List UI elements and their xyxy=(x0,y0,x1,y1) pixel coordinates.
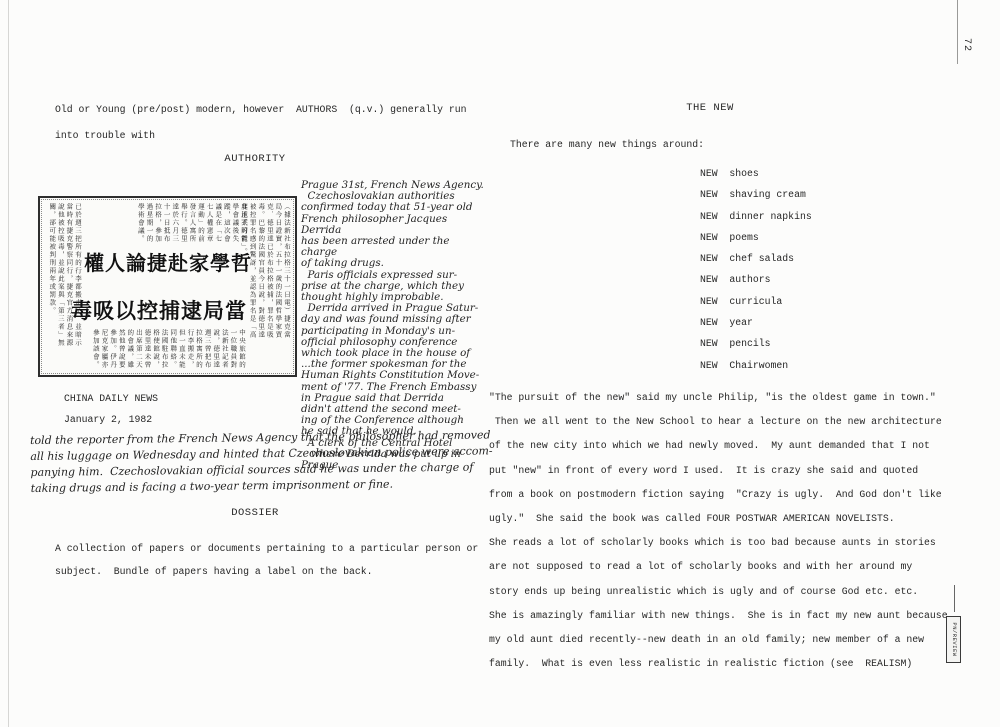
clipping-date: January 2, 1982 xyxy=(64,414,152,425)
clipping-smalltext-top: 非正式的哲學會議後失蹤，這次會議是在「七七人權憲章運動」的前發言人寓所舉行。德里… xyxy=(84,203,248,247)
list-item: NEW shaving cream xyxy=(700,184,812,205)
chinese-newspaper-clipping: 非正式的哲學會議後失蹤，這次會議是在「七七人權憲章運動」的前發言人寓所舉行。德里… xyxy=(38,196,297,377)
list-item: NEW dinner napkins xyxy=(700,206,812,227)
the-new-intro: There are many new things around: xyxy=(510,139,704,150)
list-item: NEW shoes xyxy=(700,163,812,184)
page-number: 72 xyxy=(958,38,972,60)
intro-text: Old or Young (pre/post) modern, however … xyxy=(55,97,495,149)
list-item: NEW Chairwomen xyxy=(700,355,812,376)
list-item: NEW year xyxy=(700,312,812,333)
clipping-headline-drug-charge: 毒吸以控捕逮局當 xyxy=(71,295,247,325)
clipping-headline-philosopher: 權人論捷赴家學哲 xyxy=(84,247,252,276)
clipping-smalltext-bottom: 中央旅館的一位職員對法新社記者說，德里達週三曾把布拉格寓所的行李搬走，但一直未能… xyxy=(68,329,246,373)
scanned-book-page: 72 Old or Young (pre/post) modern, howev… xyxy=(0,0,1000,727)
the-new-paragraph: "The pursuit of the new" said my uncle P… xyxy=(489,386,961,676)
page-edge-line xyxy=(8,0,9,727)
clipping-caption: CHINA DAILY NEWS January 2, 1982 xyxy=(64,388,158,430)
stamp-rule xyxy=(954,585,955,612)
list-item: NEW pencils xyxy=(700,333,812,354)
publication-stamp: PN/REVIEW xyxy=(946,616,961,663)
authority-heading: AUTHORITY xyxy=(50,153,460,165)
dossier-definition: A collection of papers or documents pert… xyxy=(55,537,505,583)
list-item: NEW authors xyxy=(700,269,812,290)
dossier-heading: DOSSIER xyxy=(50,507,460,519)
new-things-list: NEW shoesNEW shaving creamNEW dinner nap… xyxy=(700,163,812,376)
news-agency-continued: told the reporter from the French News A… xyxy=(30,427,499,497)
list-item: NEW curricula xyxy=(700,291,812,312)
the-new-heading: THE NEW xyxy=(505,102,915,114)
list-item: NEW poems xyxy=(700,227,812,248)
list-item: NEW chef salads xyxy=(700,248,812,269)
clipping-source-name: CHINA DAILY NEWS xyxy=(64,393,158,404)
